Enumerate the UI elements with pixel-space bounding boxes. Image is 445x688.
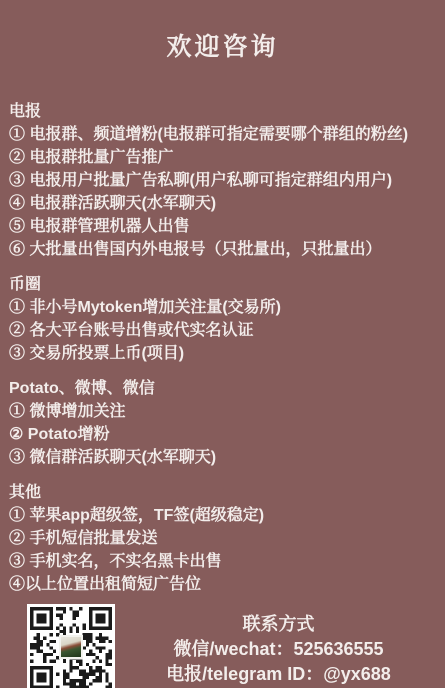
service-section: Potato、微博、微信① 微博增加关注② Potato增粉③ 微信群活跃聊天(…: [9, 377, 436, 469]
wechat-contact: 微信/wechat：525636555: [121, 637, 436, 662]
page-title: 欢迎咨询: [0, 0, 445, 63]
section-header: 其他: [9, 481, 436, 504]
contact-heading: 联系方式: [121, 612, 436, 637]
flyer-background: { "title": "欢迎咨询", "colors": { "backgrou…: [0, 0, 445, 688]
qr-center-avatar: [59, 635, 83, 659]
section-header: 电报: [9, 100, 436, 123]
telegram-contact: 电报/telegram ID：@yx688: [121, 662, 436, 687]
service-item: ③ 手机实名，不实名黑卡出售: [9, 550, 436, 573]
service-item: ⑤ 电报群管理机器人出售: [9, 215, 436, 238]
service-item: ① 苹果app超级签，TF签(超级稳定): [9, 504, 436, 527]
qr-code: [27, 604, 115, 688]
service-item: ③ 微信群活跃聊天(水军聊天): [9, 446, 436, 469]
service-item: ① 微博增加关注: [9, 400, 436, 423]
service-section: 其他① 苹果app超级签，TF签(超级稳定)② 手机短信批量发送③ 手机实名，不…: [9, 481, 436, 596]
service-item: ② 电报群批量广告推广: [9, 146, 436, 169]
service-item: ① 电报群、频道增粉(电报群可指定需要哪个群组的粉丝): [9, 123, 436, 146]
service-section: 币圈① 非小号Mytoken增加关注量(交易所)② 各大平台账号出售或代实名认证…: [9, 273, 436, 365]
service-item: ⑥ 大批量出售国内外电报号（只批量出，只批量出）: [9, 238, 436, 261]
service-item: ④ 电报群活跃聊天(水军聊天): [9, 192, 436, 215]
contact-info: 联系方式 微信/wechat：525636555 电报/telegram ID：…: [115, 604, 436, 687]
service-item: ② Potato增粉: [9, 423, 436, 446]
section-header: Potato、微博、微信: [9, 377, 436, 400]
service-item: ② 手机短信批量发送: [9, 527, 436, 550]
service-item: ③ 交易所投票上币(项目): [9, 342, 436, 365]
service-item: ③ 电报用户批量广告私聊(用户私聊可指定群组内用户): [9, 169, 436, 192]
section-header: 币圈: [9, 273, 436, 296]
service-item: ① 非小号Mytoken增加关注量(交易所): [9, 296, 436, 319]
service-item: ② 各大平台账号出售或代实名认证: [9, 319, 436, 342]
service-sections: 电报① 电报群、频道增粉(电报群可指定需要哪个群组的粉丝)② 电报群批量广告推广…: [0, 100, 445, 596]
service-item: ④以上位置出租简短广告位: [9, 573, 436, 596]
service-section: 电报① 电报群、频道增粉(电报群可指定需要哪个群组的粉丝)② 电报群批量广告推广…: [9, 100, 436, 261]
contact-row: 联系方式 微信/wechat：525636555 电报/telegram ID：…: [0, 604, 445, 688]
